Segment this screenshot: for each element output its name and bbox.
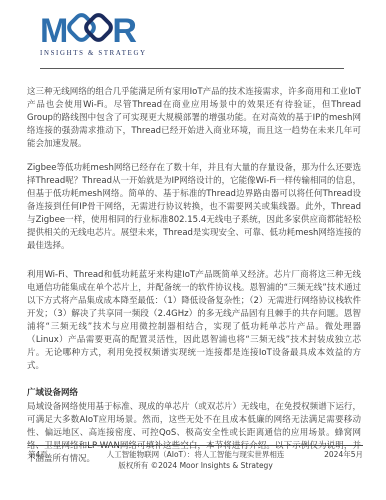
- document-page: M R INSIGHTS & STRATEGY 这三种无线网络的组合几乎能满足所…: [0, 0, 386, 500]
- footer-date: 2024年5月: [305, 450, 363, 461]
- logo-tagline: INSIGHTS & STRATEGY: [40, 50, 147, 57]
- document-body: 这三种无线网络的组合几乎能满足所有家用IoT产品的技术连接需求，许多商用和工业I…: [27, 86, 361, 466]
- paragraph-wireless-combo: 这三种无线网络的组合几乎能满足所有家用IoT产品的技术连接需求，许多商用和工业I…: [27, 86, 361, 151]
- moor-logo: M R INSIGHTS & STRATEGY: [40, 13, 147, 57]
- footer-center: 人工智能物联网（AIoT）：将人工智能与现实世界相连 版权所有 ©2024 Mo…: [86, 450, 305, 471]
- section-heading-wide-area-networks: 广域设备网络: [27, 387, 361, 400]
- moor-logo-wordmark: M R: [40, 13, 147, 49]
- footer-row: 第4页 人工智能物联网（AIoT）：将人工智能与现实世界相连 版权所有 ©202…: [28, 450, 363, 471]
- header-divider: [40, 68, 344, 69]
- page-footer: 第4页 人工智能物联网（AIoT）：将人工智能与现实世界相连 版权所有 ©202…: [28, 445, 363, 471]
- paragraph-thread-vs-zigbee: Zigbee等低功耗mesh网络已经存在了数十年，并且有大量的存量设备，那为什么…: [27, 162, 361, 253]
- logo-letter-r: R: [112, 14, 136, 48]
- paragraph-tri-radio: 利用Wi-Fi、Thread和低功耗蓝牙来构建IoT产品既简单又经济。芯片厂商将…: [27, 269, 361, 373]
- page-header: M R INSIGHTS & STRATEGY: [0, 0, 386, 69]
- footer-doc-title: 人工智能物联网（AIoT）：将人工智能与现实世界相连: [86, 450, 305, 461]
- moor-double-diamond-icon: [63, 9, 117, 51]
- footer-page-number: 第4页: [28, 450, 86, 461]
- footer-copyright: 版权所有 ©2024 Moor Insights & Strategy: [86, 461, 305, 472]
